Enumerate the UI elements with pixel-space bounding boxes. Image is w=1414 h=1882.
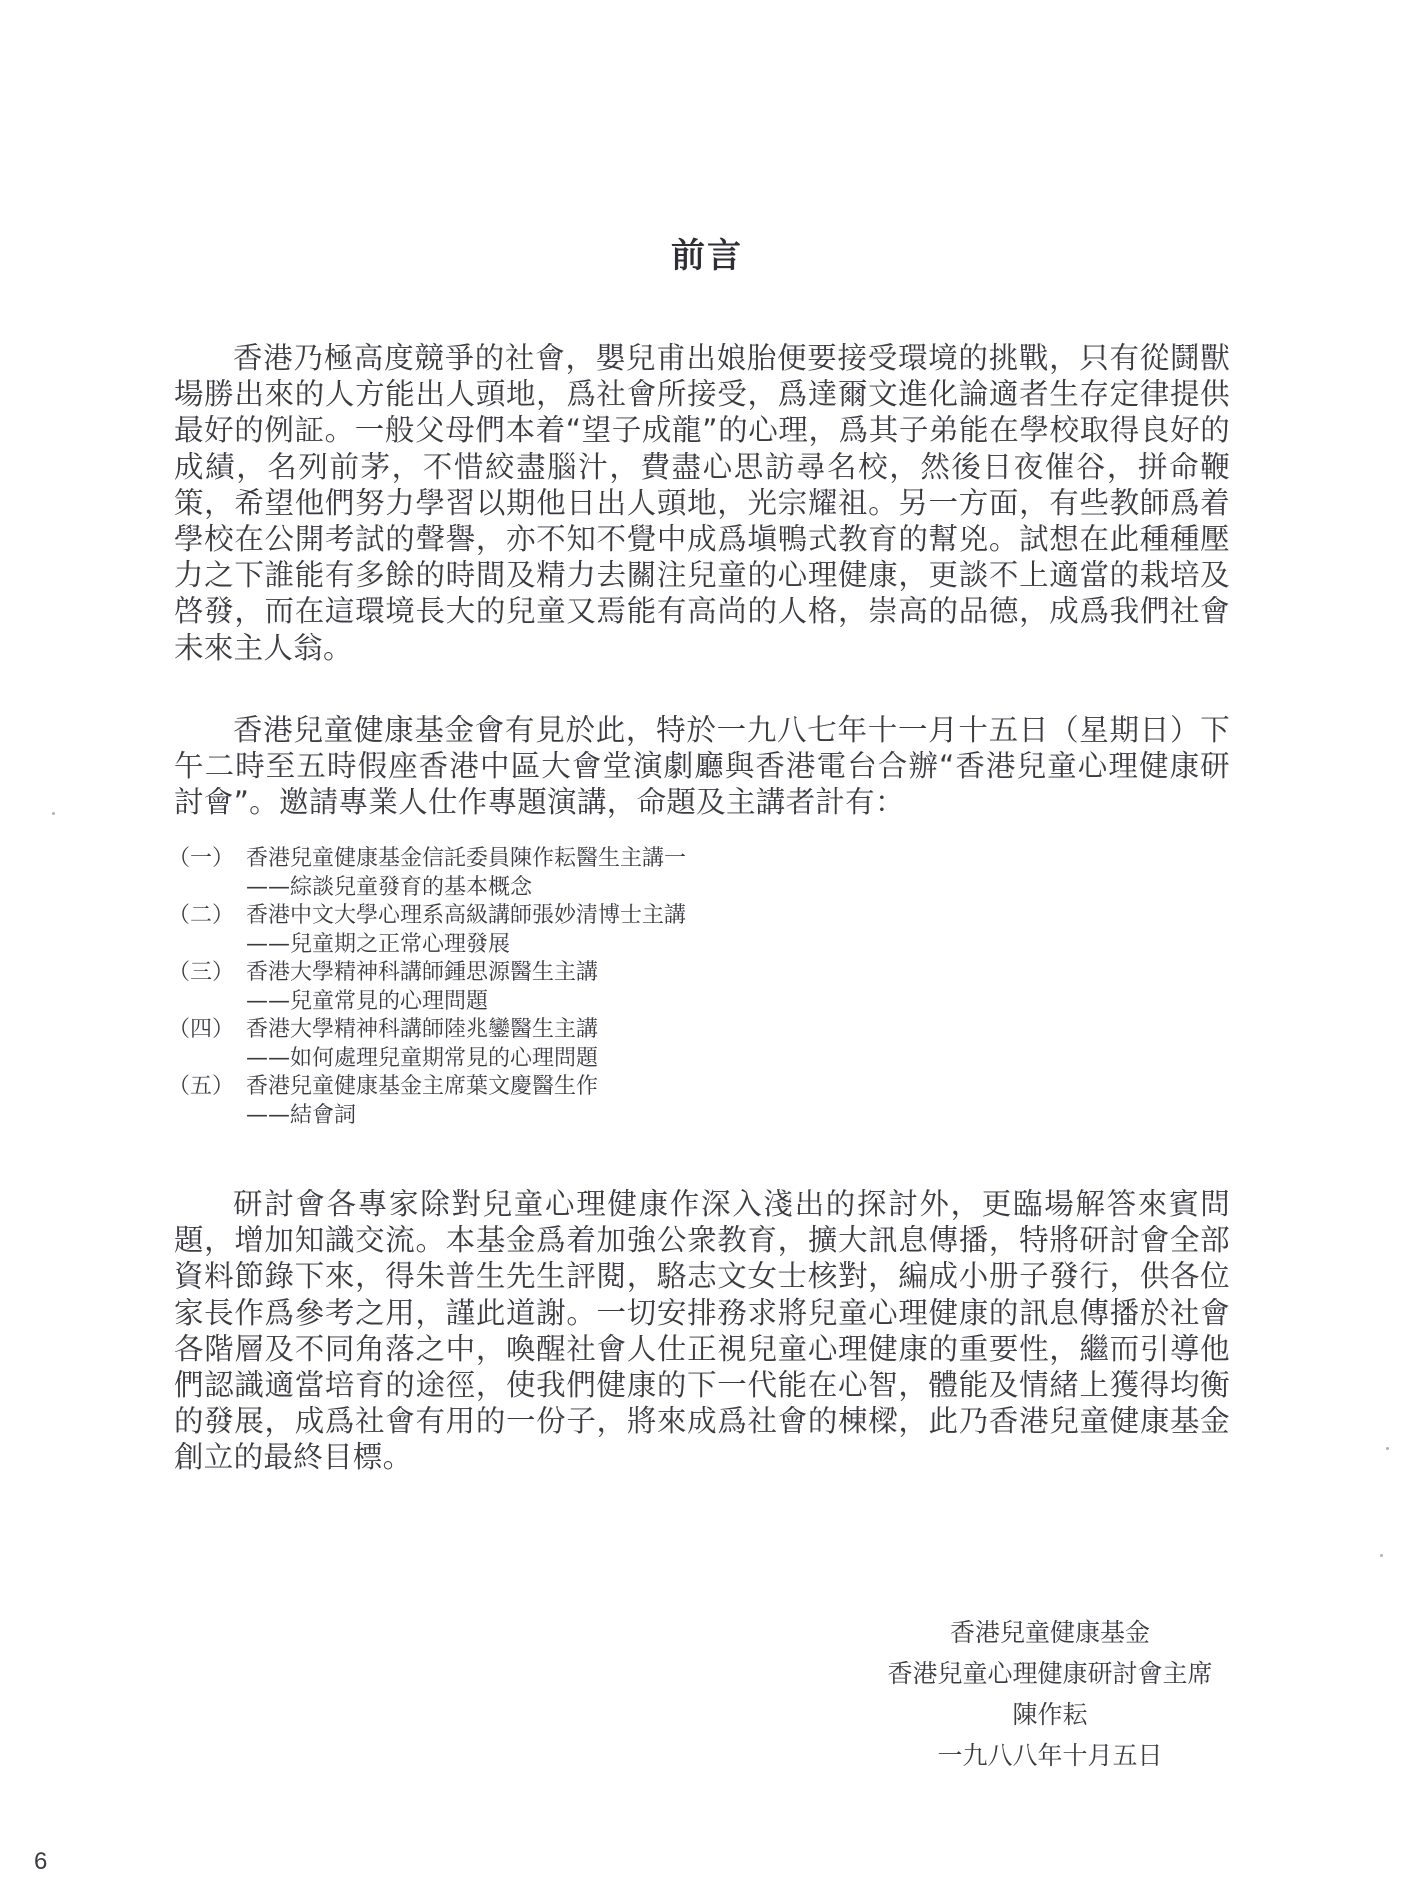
lecture-number: （二） — [168, 902, 246, 931]
page-title: 前言 — [0, 228, 1414, 277]
lecture-topic: ——如何處理兒童期常見的心理問題 — [168, 1045, 868, 1074]
list-item: （二）香港中文大學心理系高級講師張妙清博士主講 ——兒童期之正常心理發展 — [168, 902, 868, 959]
lecture-topic: ——兒童期之正常心理發展 — [168, 931, 868, 960]
signature-name: 陳作耘 — [840, 1694, 1260, 1735]
scan-speck — [1386, 1447, 1389, 1450]
lecture-speaker: 香港大學精神科講師鍾思源醫生主講 — [246, 960, 598, 985]
lecture-number: （五） — [168, 1073, 246, 1102]
lecture-speaker-line: （一）香港兒童健康基金信託委員陳作耘醫生主講一 — [168, 845, 868, 874]
signature-position: 香港兒童心理健康研討會主席 — [840, 1653, 1260, 1694]
lecture-number: （四） — [168, 1016, 246, 1045]
lecture-speaker-line: （四）香港大學精神科講師陸兆鑾醫生主講 — [168, 1016, 868, 1045]
scan-speck — [52, 812, 55, 815]
lecture-number: （一） — [168, 845, 246, 874]
page-number: 6 — [34, 1848, 47, 1876]
signature-organization: 香港兒童健康基金 — [840, 1612, 1260, 1653]
paragraph-text: 香港乃極高度競爭的社會，嬰兒甫出娘胎便要接受環境的挑戰，只有從鬪獸場勝出來的人方… — [174, 340, 1230, 666]
lecture-topic: ——結會詞 — [168, 1102, 868, 1131]
list-item: （五）香港兒童健康基金主席葉文慶醫生作 ——結會詞 — [168, 1073, 868, 1130]
signature-block: 香港兒童健康基金 香港兒童心理健康研討會主席 陳作耘 一九八八年十月五日 — [840, 1612, 1260, 1776]
lecture-speaker-line: （三）香港大學精神科講師鍾思源醫生主講 — [168, 959, 868, 988]
intro-paragraph-1: 香港乃極高度競爭的社會，嬰兒甫出娘胎便要接受環境的挑戰，只有從鬪獸場勝出來的人方… — [174, 340, 1230, 666]
lecture-topic: ——兒童常見的心理問題 — [168, 988, 868, 1017]
signature-date: 一九八八年十月五日 — [840, 1735, 1260, 1776]
paragraph-text: 香港兒童健康基金會有見於此，特於一九八七年十一月十五日（星期日）下午二時至五時假… — [174, 712, 1230, 821]
document-page: 前言 香港乃極高度競爭的社會，嬰兒甫出娘胎便要接受環境的挑戰，只有從鬪獸場勝出來… — [0, 0, 1414, 1882]
lecture-speaker: 香港中文大學心理系高級講師張妙清博士主講 — [246, 903, 686, 928]
scan-speck — [1380, 1554, 1383, 1557]
intro-paragraph-2: 香港兒童健康基金會有見於此，特於一九八七年十一月十五日（星期日）下午二時至五時假… — [174, 712, 1230, 821]
paragraph-text: 研討會各專家除對兒童心理健康作深入淺出的探討外，更臨場解答來賓問題，增加知識交流… — [174, 1186, 1230, 1476]
lecture-number: （三） — [168, 959, 246, 988]
lecture-speaker-line: （五）香港兒童健康基金主席葉文慶醫生作 — [168, 1073, 868, 1102]
list-item: （一）香港兒童健康基金信託委員陳作耘醫生主講一 ——綜談兒童發育的基本概念 — [168, 845, 868, 902]
lecture-speaker: 香港兒童健康基金主席葉文慶醫生作 — [246, 1074, 598, 1099]
list-item: （四）香港大學精神科講師陸兆鑾醫生主講 ——如何處理兒童期常見的心理問題 — [168, 1016, 868, 1073]
lecture-speaker-line: （二）香港中文大學心理系高級講師張妙清博士主講 — [168, 902, 868, 931]
lecture-topic: ——綜談兒童發育的基本概念 — [168, 874, 868, 903]
lecture-speaker: 香港大學精神科講師陸兆鑾醫生主講 — [246, 1017, 598, 1042]
lecture-list: （一）香港兒童健康基金信託委員陳作耘醫生主講一 ——綜談兒童發育的基本概念 （二… — [168, 845, 868, 1130]
closing-paragraph: 研討會各專家除對兒童心理健康作深入淺出的探討外，更臨場解答來賓問題，增加知識交流… — [174, 1186, 1230, 1476]
lecture-speaker: 香港兒童健康基金信託委員陳作耘醫生主講一 — [246, 846, 686, 871]
list-item: （三）香港大學精神科講師鍾思源醫生主講 ——兒童常見的心理問題 — [168, 959, 868, 1016]
